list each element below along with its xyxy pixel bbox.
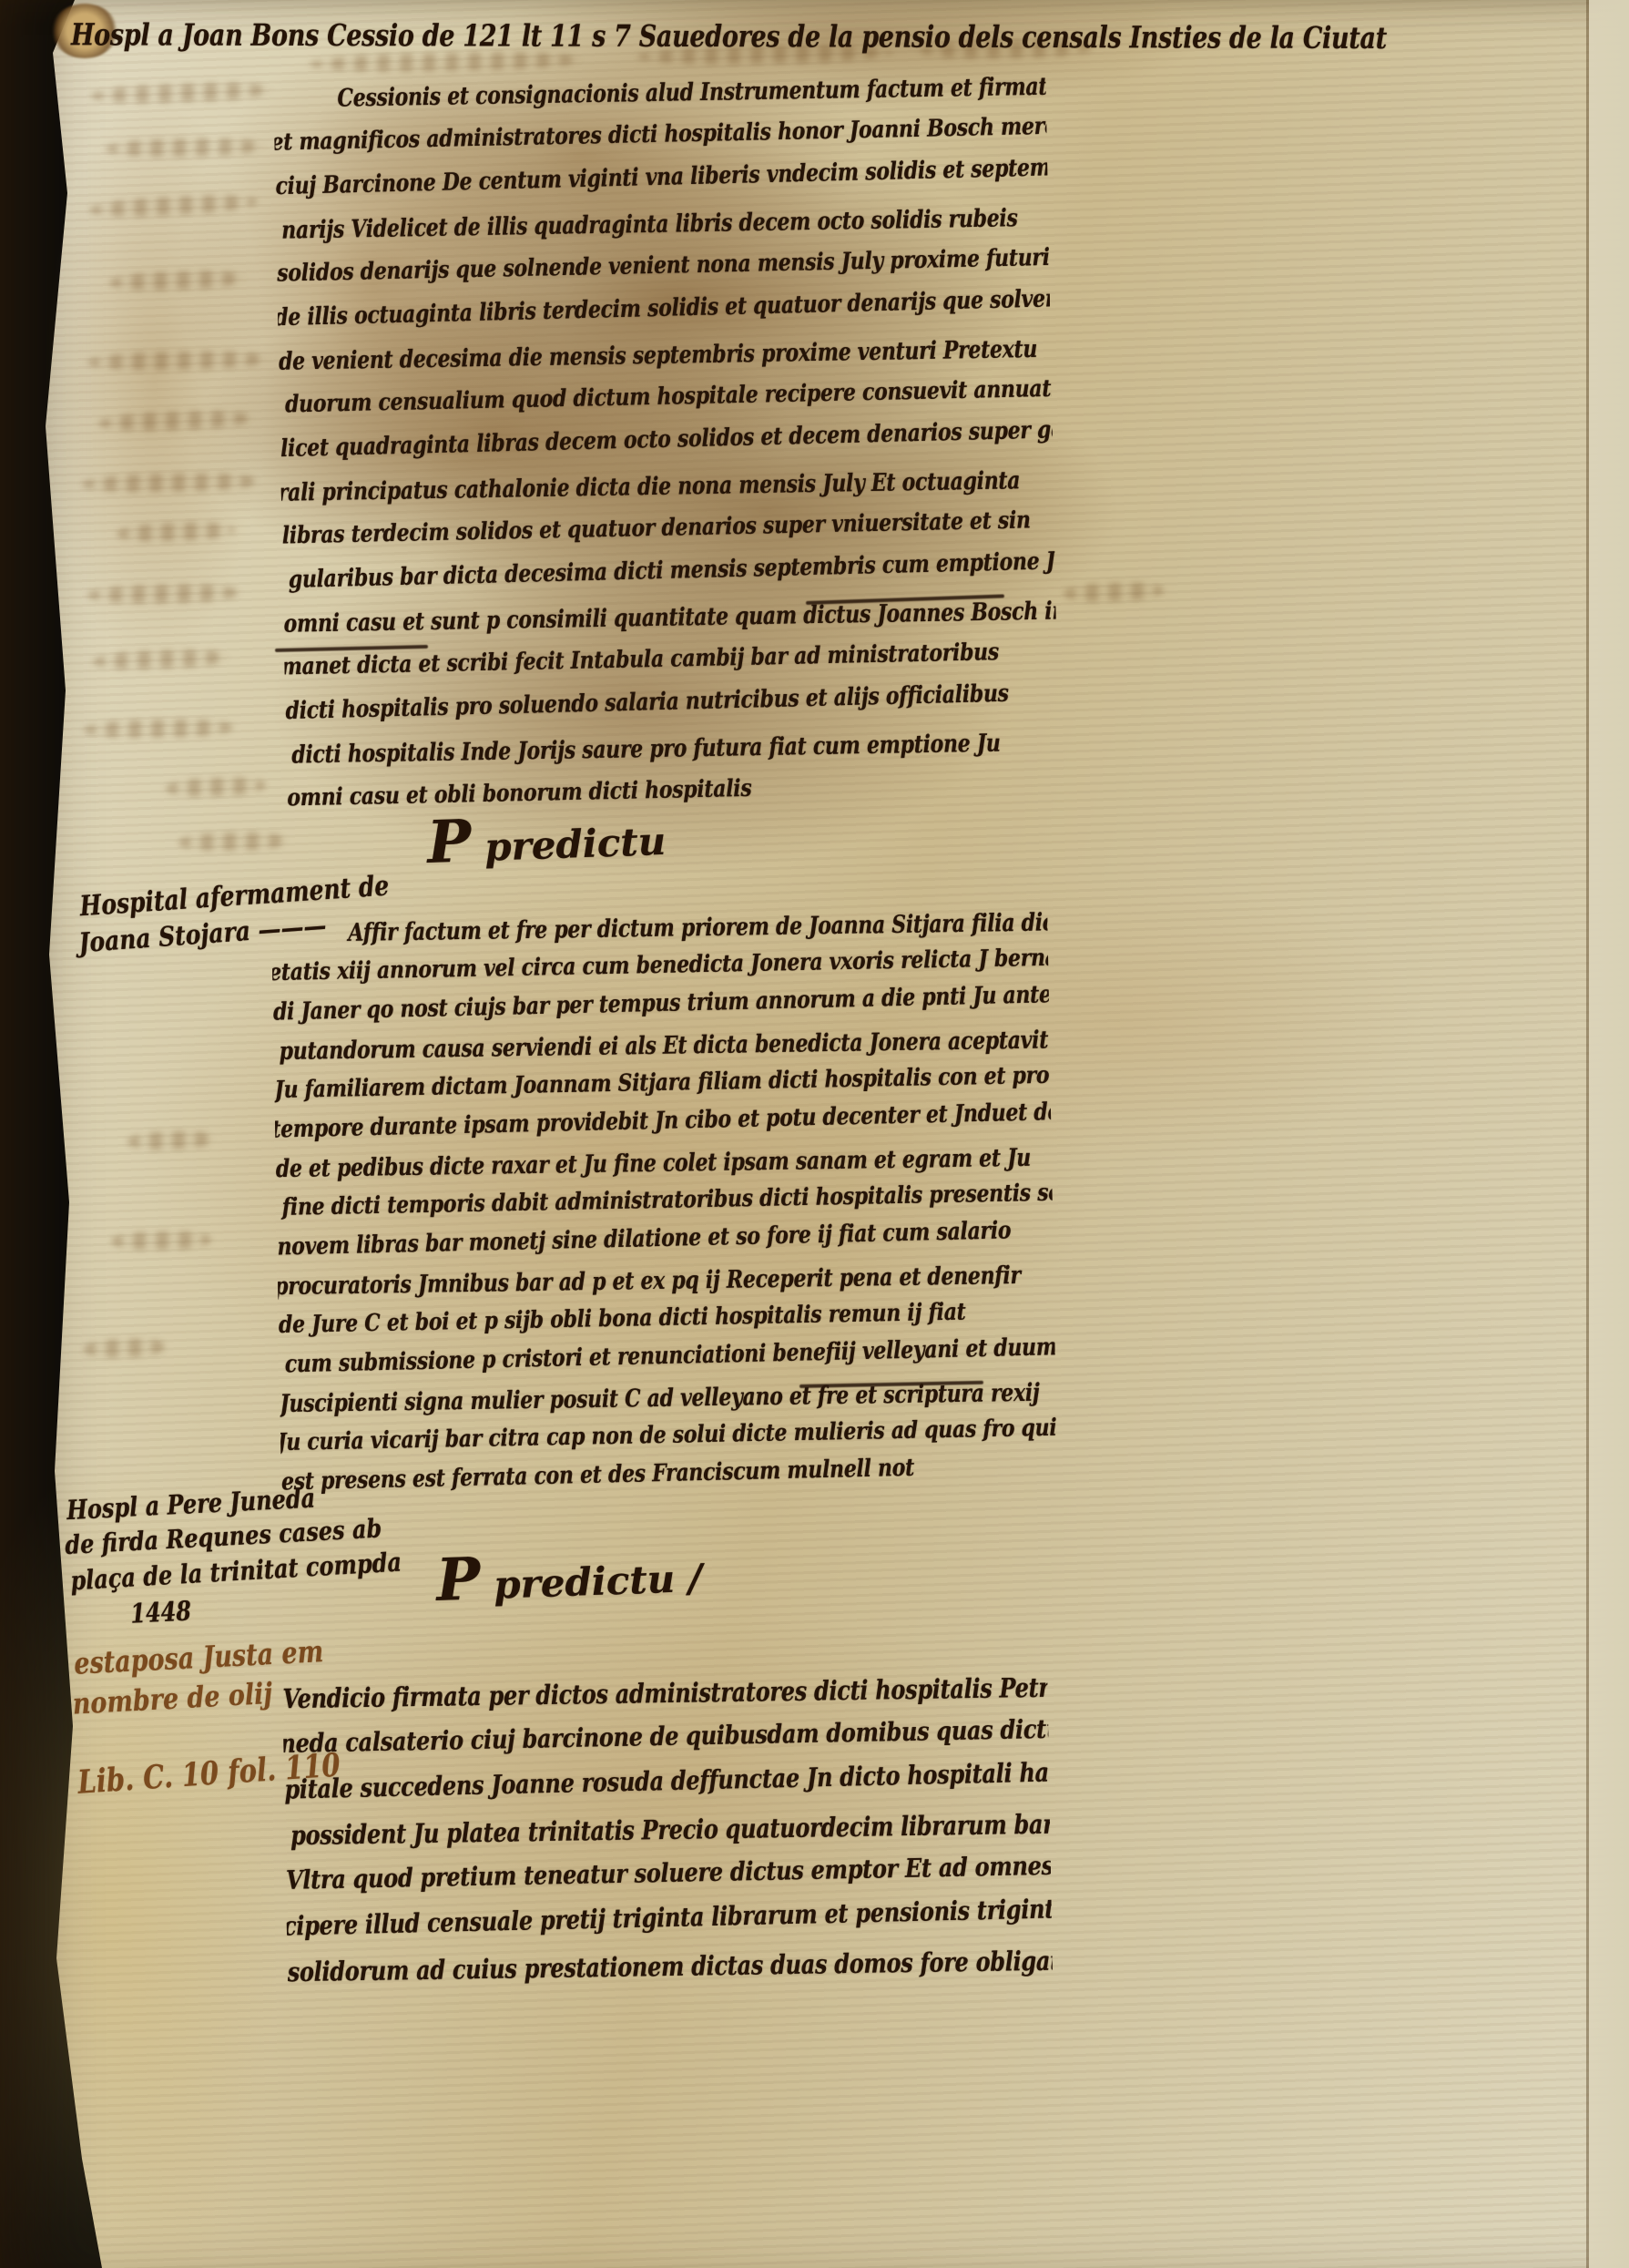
section-heading-second: P predictu / — [435, 1538, 703, 1615]
paragraph-cessio: Cessionis et consignacionis alud Instrum… — [273, 58, 1060, 816]
section-heading-first: P predictu — [426, 801, 667, 877]
paragraph-vendicio: Vendicio firmata per dictos administrato… — [282, 1658, 1053, 1990]
paragraph-afermament: Affir factum et fre per dictum priorem d… — [271, 897, 1057, 1498]
margin-note-juneda: Hospl a Pere Junedade firda Requnes case… — [66, 1471, 404, 1630]
header-annotation: Hospl a Joan Bons Cessio de 121 lt 11 s … — [71, 18, 1387, 56]
photo-backdrop: Hospl a Joan Bons Cessio de 121 lt 11 s … — [0, 0, 1629, 2268]
